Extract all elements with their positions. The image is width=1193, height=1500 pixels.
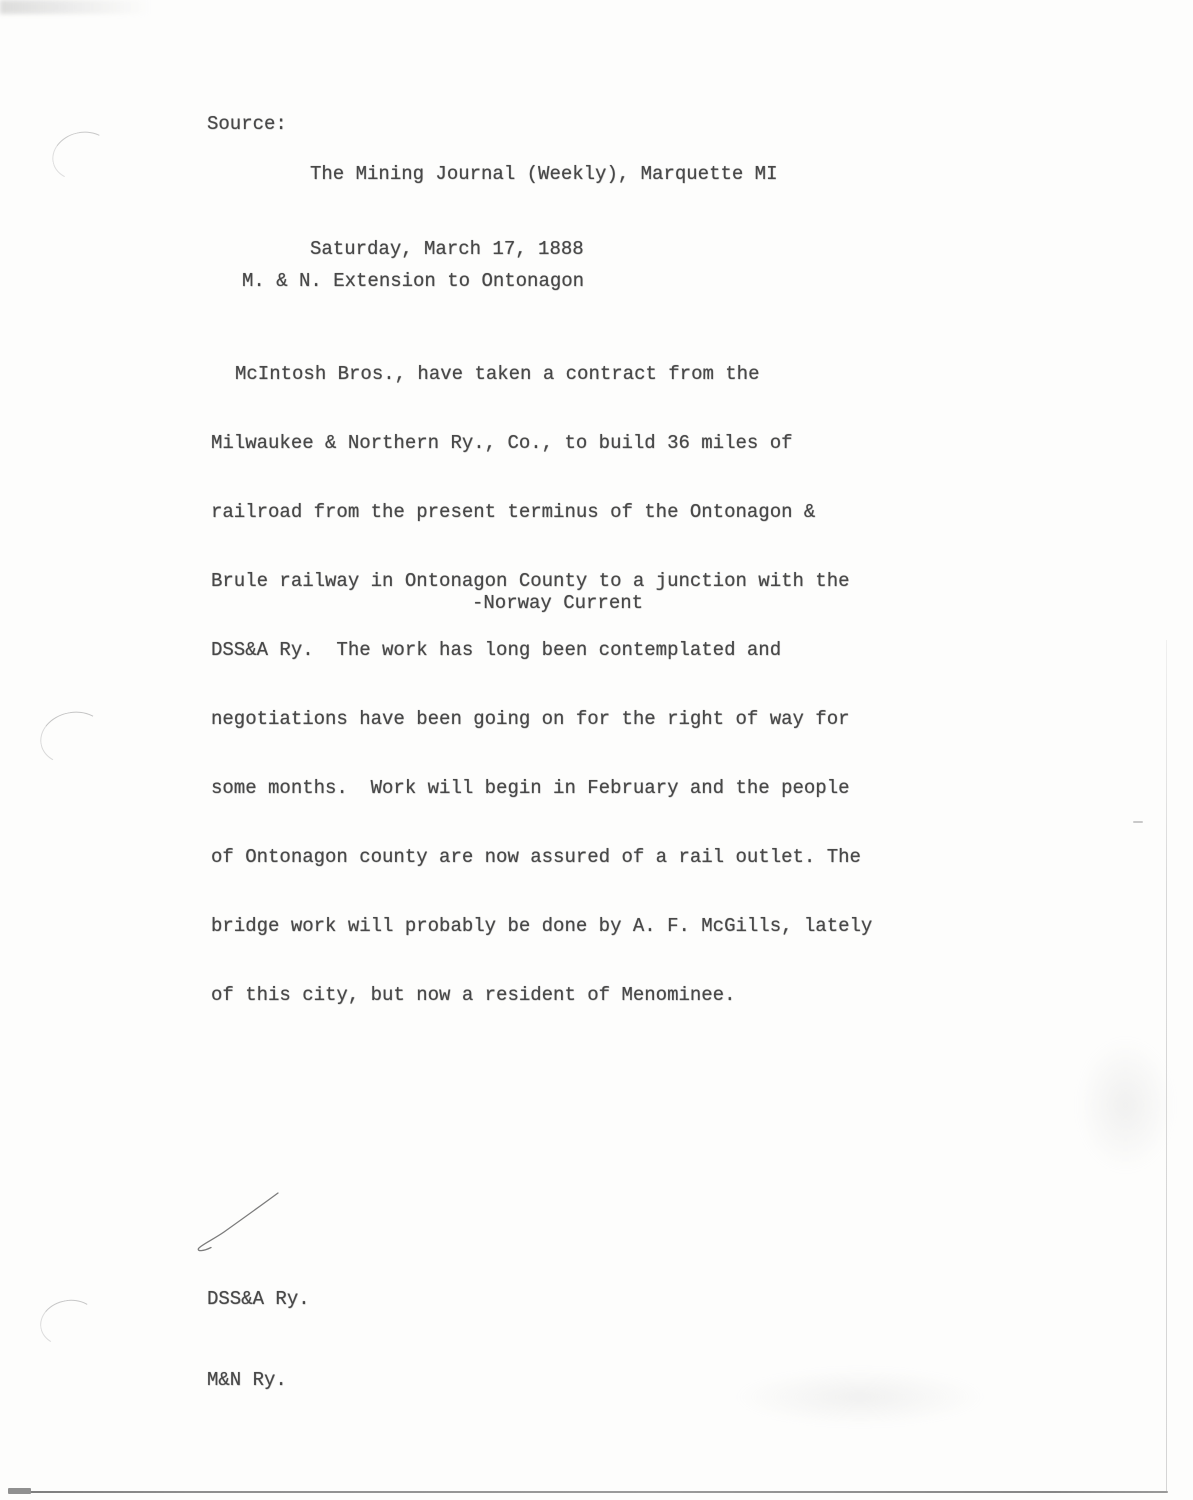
body-line: of this city, but now a resident of Meno… bbox=[211, 984, 872, 1007]
punch-hole-mark-top bbox=[47, 125, 117, 186]
punch-hole-mark-middle bbox=[35, 706, 110, 771]
article-title: M. & N. Extension to Ontonagon bbox=[242, 270, 584, 293]
body-line: Milwaukee & Northern Ry., Co., to build … bbox=[211, 432, 872, 455]
scanned-document-page: Source: The Mining Journal (Weekly), Mar… bbox=[0, 0, 1193, 1500]
body-line: negotiations have been going on for the … bbox=[211, 708, 872, 731]
subject-index: DSS&A Ry. M&N Ry. bbox=[207, 1232, 310, 1448]
body-line: railroad from the present terminus of th… bbox=[211, 501, 872, 524]
article-attribution: -Norway Current bbox=[472, 592, 643, 615]
index-label-mn: M&N Ry. bbox=[207, 1367, 310, 1394]
scan-smudge-bottom-center bbox=[735, 1368, 985, 1426]
body-line: some months. Work will begin in February… bbox=[211, 777, 872, 800]
body-line: Brule railway in Ontonagon County to a j… bbox=[211, 570, 872, 593]
body-line: DSS&A Ry. The work has long been contemp… bbox=[211, 639, 872, 662]
scan-smudge-top-left bbox=[0, 0, 150, 14]
source-label: Source: bbox=[207, 112, 310, 137]
article-body: McIntosh Bros., have taken a contract fr… bbox=[211, 317, 872, 1053]
index-label-dssa: DSS&A Ry. bbox=[207, 1286, 310, 1313]
scan-mark-bottom-left bbox=[8, 1488, 31, 1494]
body-line: McIntosh Bros., have taken a contract fr… bbox=[211, 363, 872, 386]
scan-speck bbox=[1133, 821, 1143, 823]
source-date: Saturday, March 17, 1888 bbox=[310, 237, 777, 262]
punch-hole-mark-bottom bbox=[36, 1295, 101, 1350]
source-publication: The Mining Journal (Weekly), Marquette M… bbox=[310, 162, 777, 187]
page-right-edge-line bbox=[1166, 640, 1167, 1492]
body-line: of Ontonagon county are now assured of a… bbox=[211, 846, 872, 869]
page-bottom-edge-line bbox=[18, 1491, 1168, 1493]
scan-smudge-bottom-right bbox=[1078, 1040, 1173, 1170]
body-line: bridge work will probably be done by A. … bbox=[211, 915, 872, 938]
